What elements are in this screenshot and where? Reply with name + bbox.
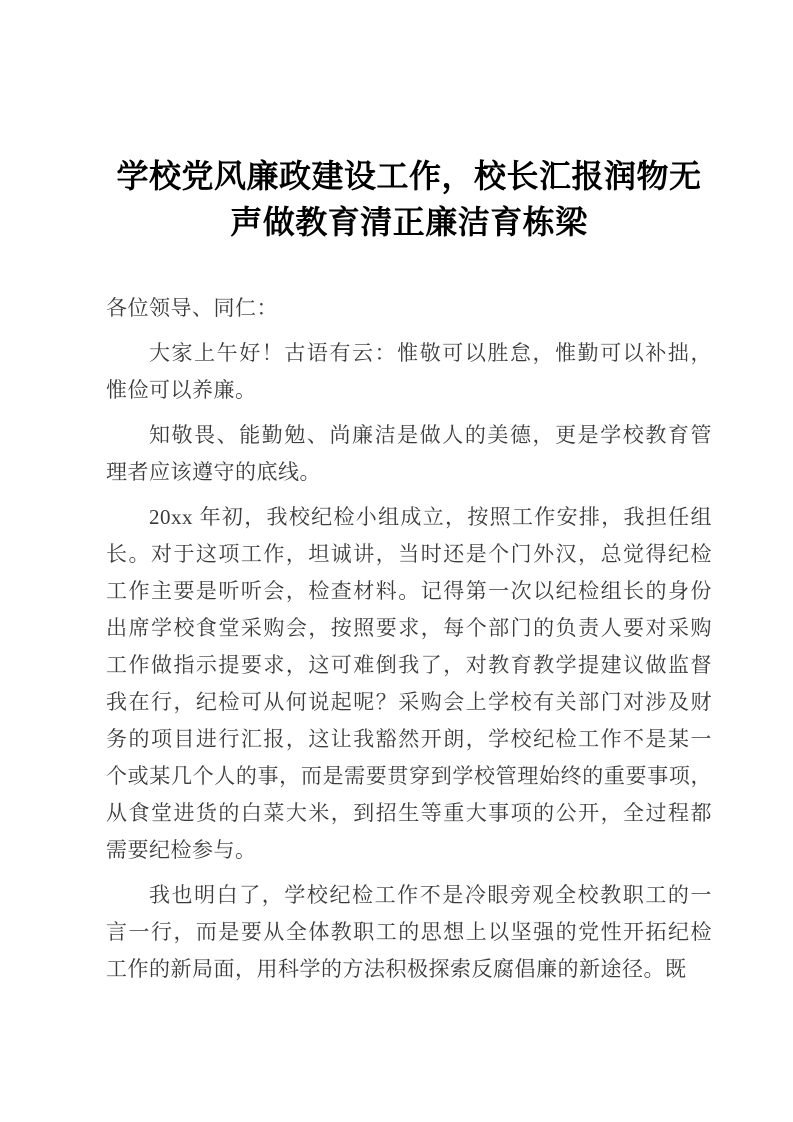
body-line: 知敬畏、能勤勉、尚廉洁是做人的美德，更是学校教育管 <box>106 417 712 454</box>
paragraph: 大家上午好！古语有云：惟敬可以胜怠，惟勤可以补拙，惟俭可以养廉。 <box>106 335 712 409</box>
paragraph: 知敬畏、能勤勉、尚廉洁是做人的美德，更是学校教育管理者应该遵守的底线。 <box>106 417 712 491</box>
body-line: 务的项目进行汇报，这让我豁然开朗，学校纪检工作不是某一 <box>106 721 712 758</box>
body-line: 工作的新局面，用科学的方法积极探索反腐倡廉的新途径。既 <box>106 951 712 988</box>
body-line: 20xx 年初，我校纪检小组成立，按照工作安排，我担任组 <box>106 499 712 536</box>
body-line: 我在行，纪检可从何说起呢？采购会上学校有关部门对涉及财 <box>106 684 712 721</box>
doc-body: 各位领导、同仁：大家上午好！古语有云：惟敬可以胜怠，惟勤可以补拙，惟俭可以养廉。… <box>106 290 712 988</box>
doc-title: 学校党风廉政建设工作，校长汇报润物无 声做教育清正廉洁育栋梁 <box>106 153 712 245</box>
body-line: 各位领导、同仁： <box>106 290 712 327</box>
document-page: 学校党风廉政建设工作，校长汇报润物无 声做教育清正廉洁育栋梁 各位领导、同仁：大… <box>0 0 793 1122</box>
body-line: 大家上午好！古语有云：惟敬可以胜怠，惟勤可以补拙， <box>106 335 712 372</box>
title-line: 声做教育清正廉洁育栋梁 <box>106 199 712 245</box>
body-line: 从食堂进货的白菜大米，到招生等重大事项的公开，全过程都 <box>106 795 712 832</box>
body-line: 工作主要是听听会，检查材料。记得第一次以纪检组长的身份 <box>106 573 712 610</box>
body-line: 理者应该遵守的底线。 <box>106 454 712 491</box>
body-line: 个或某几个人的事，而是需要贯穿到学校管理始终的重要事项， <box>106 758 712 795</box>
body-line: 长。对于这项工作，坦诚讲，当时还是个门外汉，总觉得纪检 <box>106 536 712 573</box>
body-line: 出席学校食堂采购会，按照要求，每个部门的负责人要对采购 <box>106 610 712 647</box>
body-line: 工作做指示提要求，这可难倒我了，对教育教学提建议做监督 <box>106 647 712 684</box>
paragraph: 我也明白了，学校纪检工作不是冷眼旁观全校教职工的一言一行，而是要从全体教职工的思… <box>106 877 712 988</box>
body-line: 需要纪检参与。 <box>106 832 712 869</box>
body-line: 言一行，而是要从全体教职工的思想上以坚强的党性开拓纪检 <box>106 914 712 951</box>
paragraph: 各位领导、同仁： <box>106 290 712 327</box>
paragraph: 20xx 年初，我校纪检小组成立，按照工作安排，我担任组长。对于这项工作，坦诚讲… <box>106 499 712 869</box>
body-line: 我也明白了，学校纪检工作不是冷眼旁观全校教职工的一 <box>106 877 712 914</box>
body-line: 惟俭可以养廉。 <box>106 372 712 409</box>
title-line: 学校党风廉政建设工作，校长汇报润物无 <box>106 153 712 199</box>
